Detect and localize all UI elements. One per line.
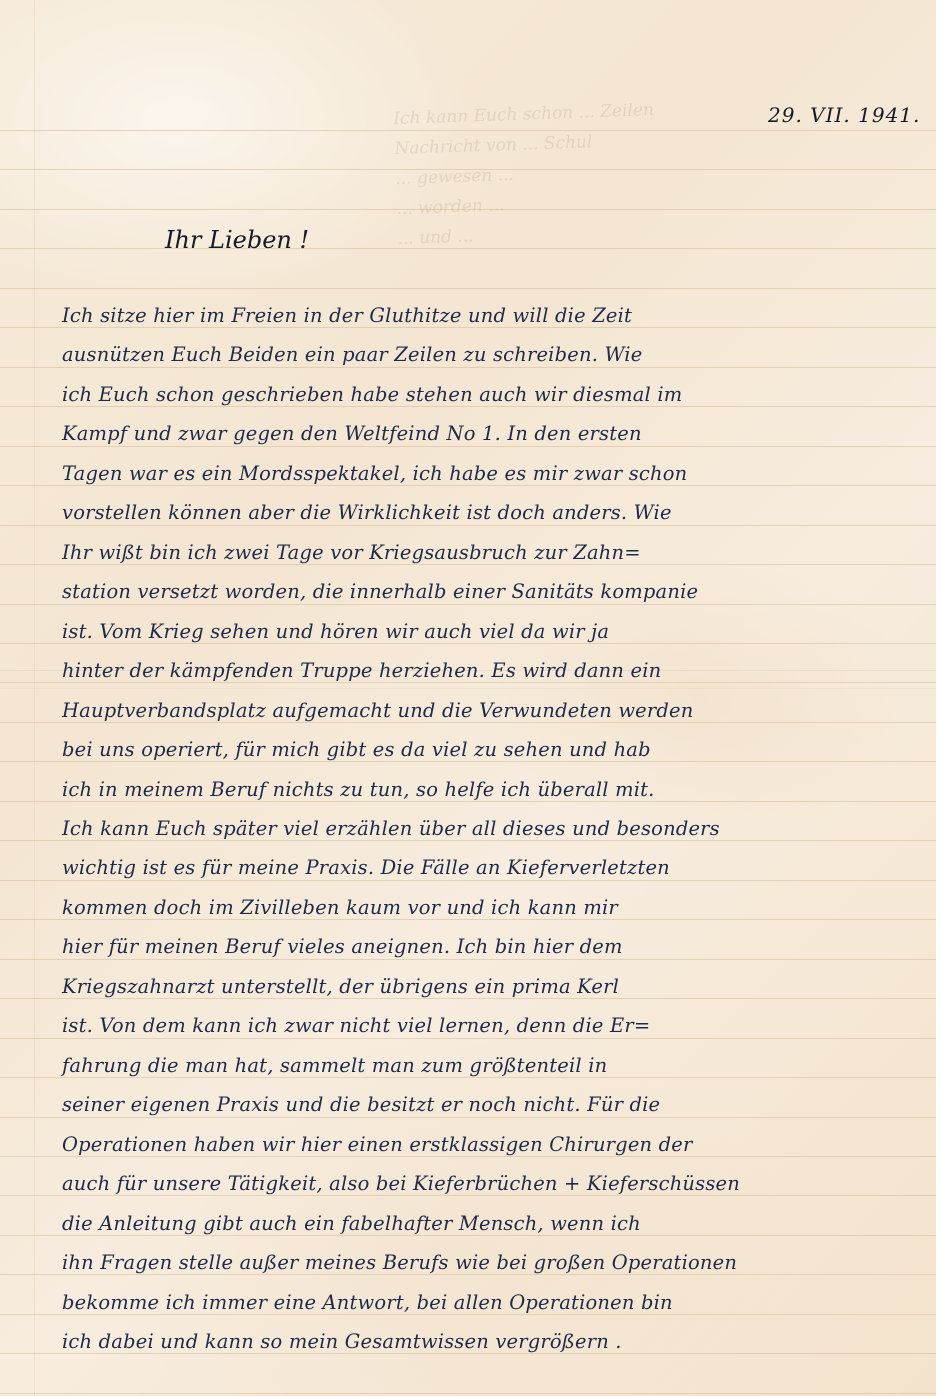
body-line: Kampf und zwar gegen den Weltfeind No 1.… xyxy=(62,422,922,445)
ruled-line xyxy=(0,1156,936,1157)
body-line: Ihr wißt bin ich zwei Tage vor Kriegsaus… xyxy=(62,541,922,564)
body-line: ist. Von dem kann ich zwar nicht viel le… xyxy=(62,1014,922,1037)
ruled-line xyxy=(0,564,936,565)
ruled-line xyxy=(0,643,936,644)
ruled-line xyxy=(0,1038,936,1039)
ruled-line xyxy=(0,485,936,486)
body-line: bei uns operiert, für mich gibt es da vi… xyxy=(62,738,922,761)
ruled-line xyxy=(0,919,936,920)
ruled-line xyxy=(0,1274,936,1275)
body-line: ausnützen Euch Beiden ein paar Zeilen zu… xyxy=(62,343,922,366)
ruled-line xyxy=(0,959,936,960)
fold-crease xyxy=(0,688,936,690)
ruled-line xyxy=(0,1353,936,1354)
ruled-line xyxy=(0,682,936,683)
ruled-line xyxy=(0,1393,936,1394)
ruled-line xyxy=(0,327,936,328)
ruled-line xyxy=(0,1117,936,1118)
ruled-line xyxy=(0,801,936,802)
body-line: ich dabei und kann so mein Gesamtwissen … xyxy=(62,1330,922,1353)
letter-date: 29. VII. 1941. xyxy=(768,103,920,127)
body-line: fahrung die man hat, sammelt man zum grö… xyxy=(62,1054,922,1077)
body-line: die Anleitung gibt auch ein fabelhafter … xyxy=(62,1212,922,1235)
body-line: Ich kann Euch später viel erzählen über … xyxy=(62,817,922,840)
body-line: ich in meinem Beruf nichts zu tun, so he… xyxy=(62,778,922,801)
body-line: ihn Fragen stelle außer meines Berufs wi… xyxy=(62,1251,922,1274)
ruled-line xyxy=(0,604,936,605)
ruled-line xyxy=(0,406,936,407)
letter-greeting: Ihr Lieben ! xyxy=(165,226,309,254)
ruled-line xyxy=(0,446,936,447)
body-line: Kriegszahnarzt unterstellt, der übrigens… xyxy=(62,975,922,998)
ruled-line xyxy=(0,1195,936,1196)
ruled-line xyxy=(0,998,936,999)
body-line: Ich sitze hier im Freien in der Gluthitz… xyxy=(62,304,922,327)
ruled-line xyxy=(0,1314,936,1315)
body-line: ist. Vom Krieg sehen und hören wir auch … xyxy=(62,620,922,643)
body-line: kommen doch im Zivilleben kaum vor und i… xyxy=(62,896,922,919)
body-line: auch für unsere Tätigkeit, also bei Kief… xyxy=(62,1172,922,1195)
body-line: Operationen haben wir hier einen erstkla… xyxy=(62,1133,922,1156)
body-line: bekomme ich immer eine Antwort, bei alle… xyxy=(62,1291,922,1314)
body-line: wichtig ist es für meine Praxis. Die Fäl… xyxy=(62,856,922,879)
body-line: ich Euch schon geschrieben habe stehen a… xyxy=(62,383,922,406)
letter-sheet: Ich kann Euch schon ... Zeilen Nachricht… xyxy=(0,0,936,1396)
body-line: Tagen war es ein Mordsspektakel, ich hab… xyxy=(62,462,922,485)
body-line: station versetzt worden, die innerhalb e… xyxy=(62,580,922,603)
body-line: vorstellen können aber die Wirklichkeit … xyxy=(62,501,922,524)
ruled-line xyxy=(0,761,936,762)
ruled-line xyxy=(0,367,936,368)
ruled-line xyxy=(0,525,936,526)
body-line: Hauptverbandsplatz aufgemacht und die Ve… xyxy=(62,699,922,722)
ruled-line xyxy=(0,722,936,723)
ruled-line xyxy=(0,880,936,881)
ruled-line xyxy=(0,1077,936,1078)
body-line: seiner eigenen Praxis und die besitzt er… xyxy=(62,1093,922,1116)
ruled-line xyxy=(0,840,936,841)
body-line: hinter der kämpfenden Truppe herziehen. … xyxy=(62,659,922,682)
body-line: hier für meinen Beruf vieles aneignen. I… xyxy=(62,935,922,958)
ruled-line xyxy=(0,1235,936,1236)
